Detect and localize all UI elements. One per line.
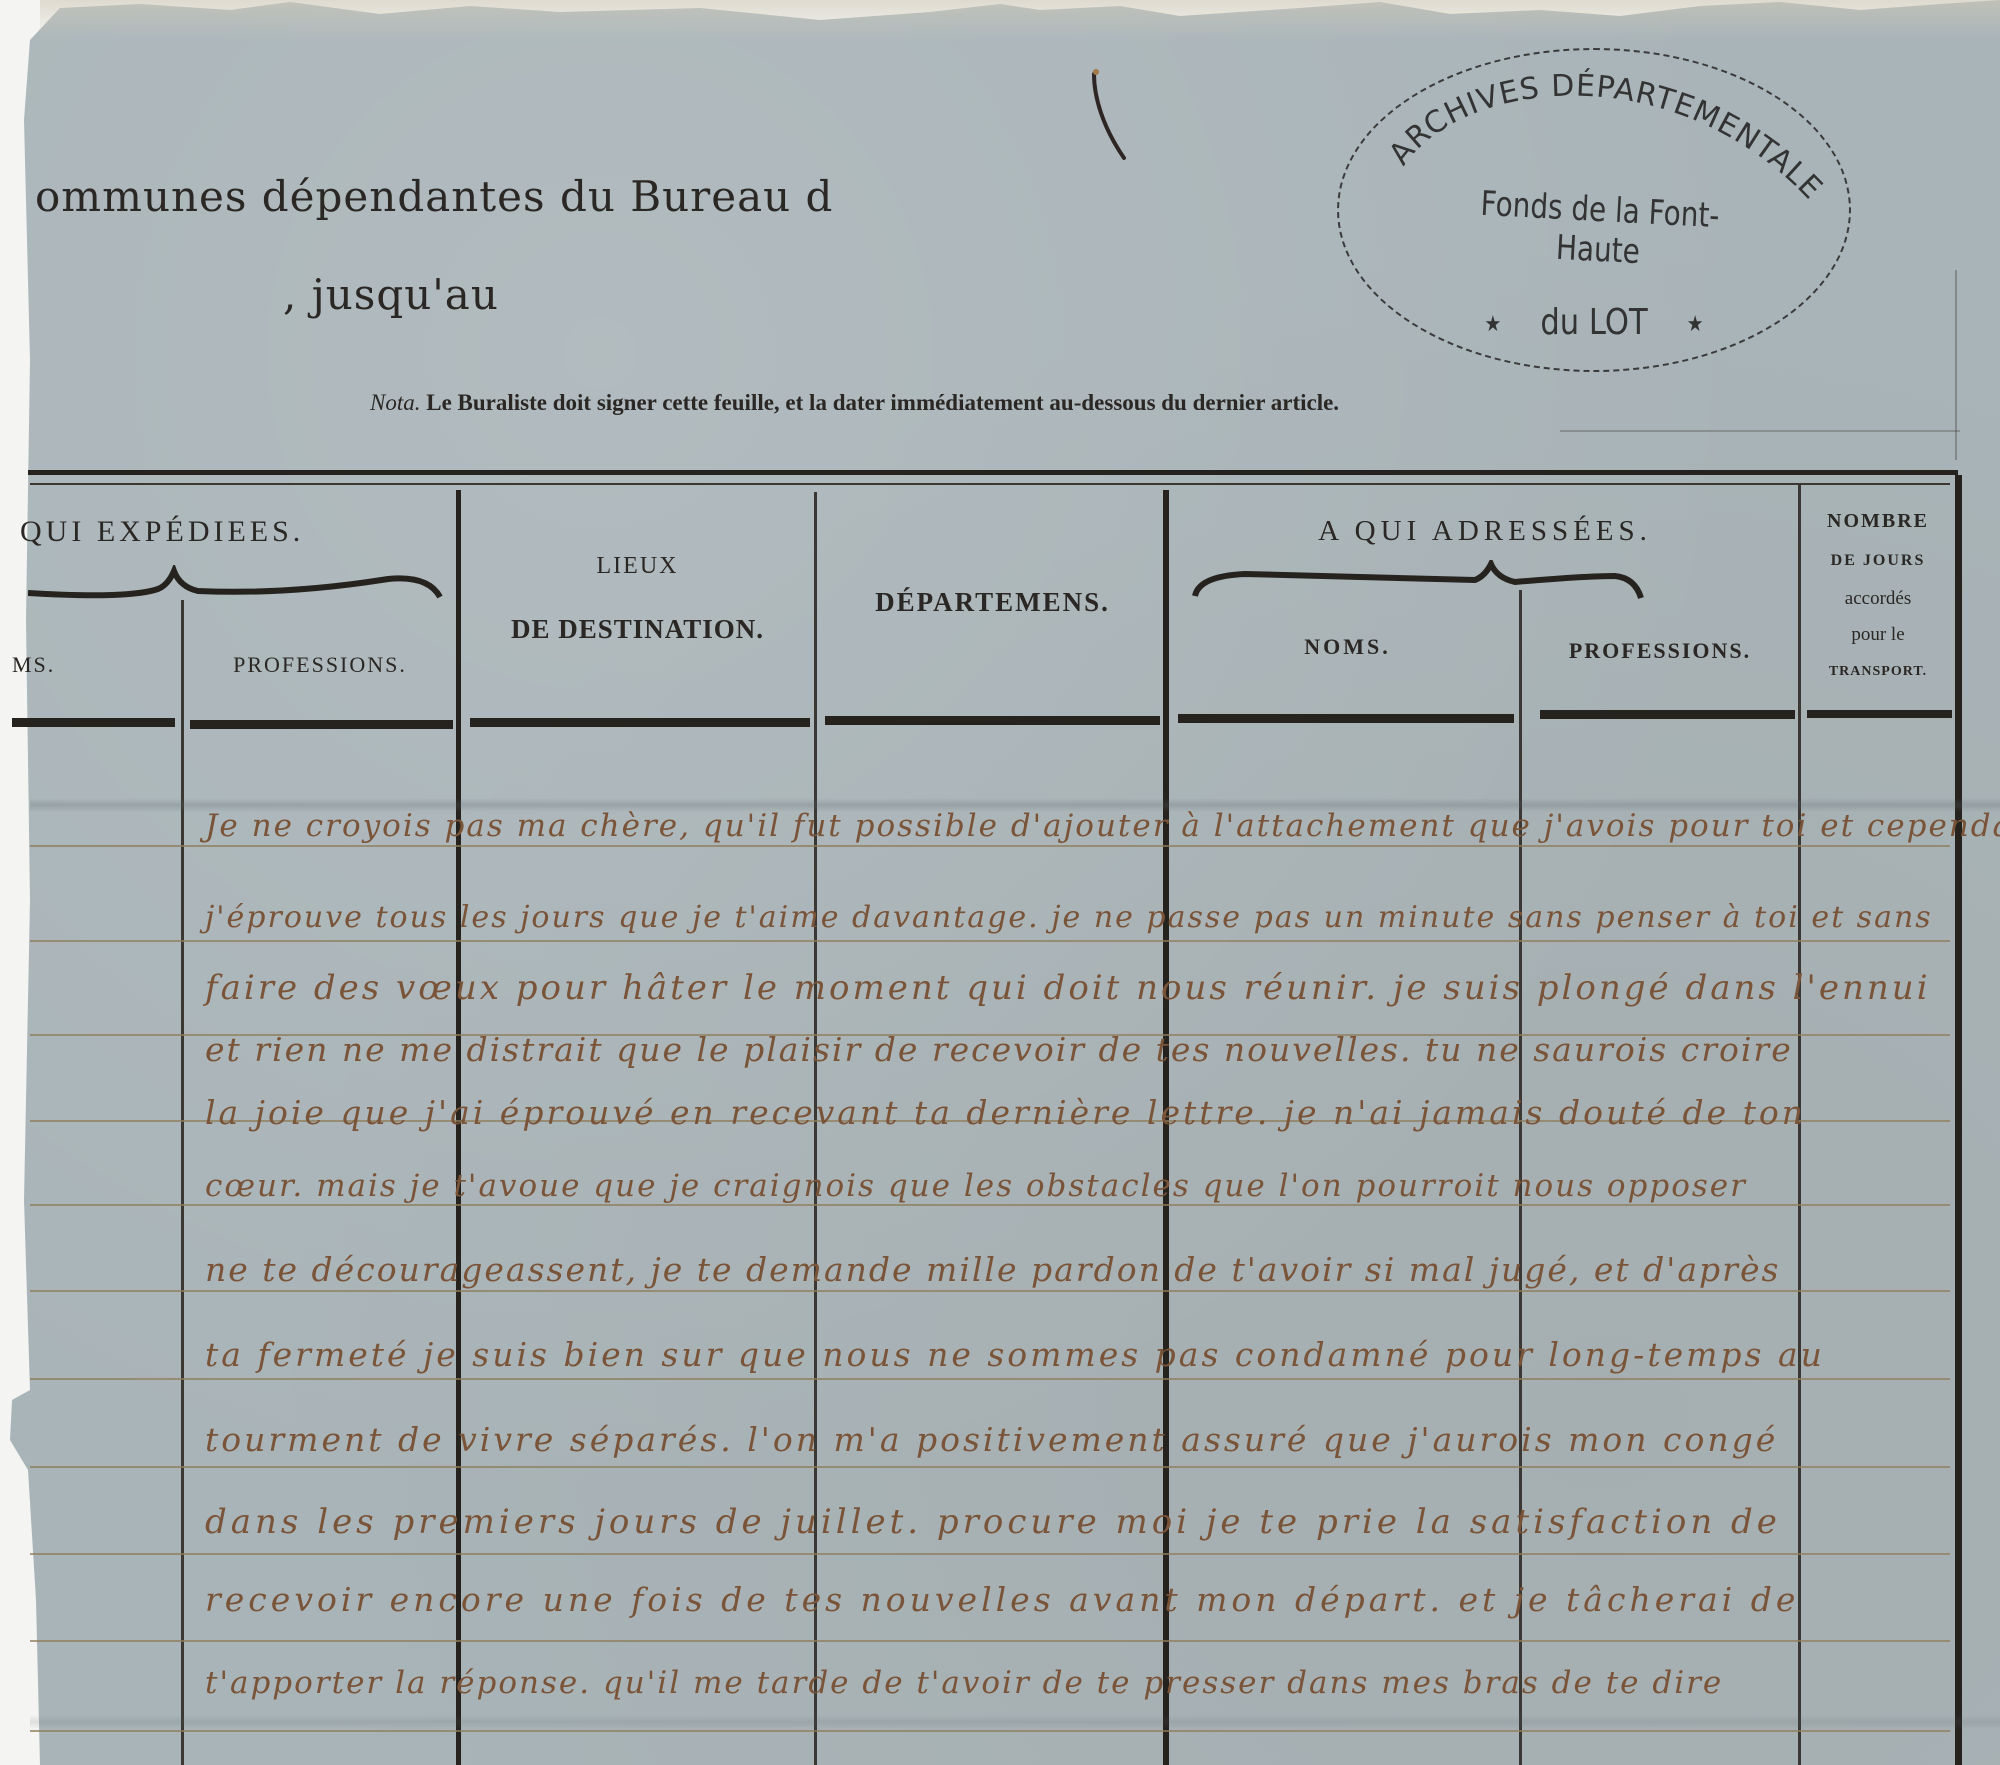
handwritten-line: dans les premiers jours de juillet. proc… <box>205 1502 1781 1542</box>
handwritten-line: la joie que j'ai éprouvé en recevant ta … <box>205 1093 1806 1132</box>
col-lieux-line1: LIEUX <box>465 553 810 580</box>
ruled-line <box>30 1204 1950 1206</box>
col-departemens: DÉPARTEMENS. <box>820 587 1165 618</box>
col-nombre-line4: pour le <box>1803 624 1953 646</box>
stamp-bottom: ★du LOT★ <box>1377 302 1811 343</box>
handwritten-line: tourment de vivre séparés. l'on m'a posi… <box>205 1420 1778 1459</box>
table-right-rule <box>1955 475 1962 1765</box>
handwritten-line: faire des vœux pour hâter le moment qui … <box>205 968 1931 1008</box>
handwritten-line: j'éprouve tous les jours que je t'aime d… <box>205 900 1933 935</box>
ruled-line <box>30 1640 1950 1642</box>
archive-stamp: ARCHIVES DÉPARTEMENTALES Fonds de la Fon… <box>1337 48 1851 372</box>
svg-text:ARCHIVES DÉPARTEMENTALES: ARCHIVES DÉPARTEMENTALES <box>1339 50 1829 207</box>
ruled-line <box>30 1466 1950 1468</box>
header-line-1: ommunes dépendantes du Bureau d <box>35 172 833 221</box>
brace-expediees <box>28 565 448 605</box>
ruled-line <box>30 940 1950 942</box>
header-bottom-rule <box>825 716 1160 725</box>
header-bottom-rule <box>470 718 810 727</box>
col-nombre-line1: NOMBRE <box>1803 510 1953 533</box>
paper-fold <box>30 1715 2000 1729</box>
nota-label: Nota. <box>370 390 420 415</box>
table-top-rule-inner <box>30 483 1950 485</box>
handwritten-line: ta fermeté je suis bien sur que nous ne … <box>205 1335 1825 1374</box>
torn-top-edge <box>40 0 2000 40</box>
header-bottom-rule <box>12 718 175 727</box>
header-bottom-rule <box>1540 710 1795 719</box>
star-icon: ★ <box>1687 312 1704 337</box>
star-icon: ★ <box>1484 312 1501 337</box>
ruled-line <box>30 1553 1950 1555</box>
handwritten-line: recevoir encore une fois de tes nouvelle… <box>205 1580 1799 1619</box>
brace-adressees <box>1185 560 1645 610</box>
col-noms-adressees: NOMS. <box>1175 634 1520 660</box>
col-nombre-line3: accordés <box>1803 588 1953 610</box>
header-bottom-rule <box>1807 710 1952 718</box>
handwritten-line: et rien ne me distrait que le plaisir de… <box>205 1030 1793 1069</box>
handwritten-line: ne te décourageassent, je te demande mil… <box>205 1250 1780 1289</box>
col-professions-expediees: PROFESSIONS. <box>200 652 440 678</box>
table-top-rule <box>28 470 1958 475</box>
ruled-line <box>30 1378 1950 1380</box>
nota-text: Le Buraliste doit signer cette feuille, … <box>426 390 1339 415</box>
ink-stroke-mark <box>1088 66 1128 166</box>
stamp-fonds-text: Fonds de la Font-Haute <box>1441 182 1756 278</box>
nota-line: Nota. Le Buraliste doit signer cette feu… <box>370 390 1339 416</box>
ruled-line <box>30 1290 1950 1292</box>
header-bottom-rule <box>190 720 453 729</box>
col-lieux-line2: DE DESTINATION. <box>465 614 810 645</box>
ruled-line <box>30 845 1950 847</box>
handwritten-line: Je ne croyois pas ma chère, qu'il fut po… <box>205 808 2000 844</box>
header-bottom-rule <box>1178 714 1514 723</box>
stamp-lot-text: du LOT <box>1540 302 1647 343</box>
header-line-2: , jusqu'au <box>283 270 499 319</box>
col-noms-expediees: MS. <box>12 652 92 678</box>
group-header-adressees: A QUI ADRESSÉES. <box>1175 515 1795 548</box>
handwritten-line: t'apporter la réponse. qu'il me tarde de… <box>205 1665 1723 1701</box>
col-nombre-line2: DE JOURS <box>1803 552 1953 570</box>
faint-rule <box>1560 430 1960 432</box>
col-nombre-line5: TRANSPORT. <box>1803 664 1953 680</box>
column-rule <box>181 600 184 1765</box>
handwritten-line: cœur. mais je t'avoue que je craignois q… <box>205 1168 1747 1204</box>
ruled-line <box>30 1730 1950 1732</box>
group-header-expediees: QUI EXPÉDIEES. <box>20 515 420 549</box>
col-professions-adressees: PROFESSIONS. <box>1525 638 1795 664</box>
